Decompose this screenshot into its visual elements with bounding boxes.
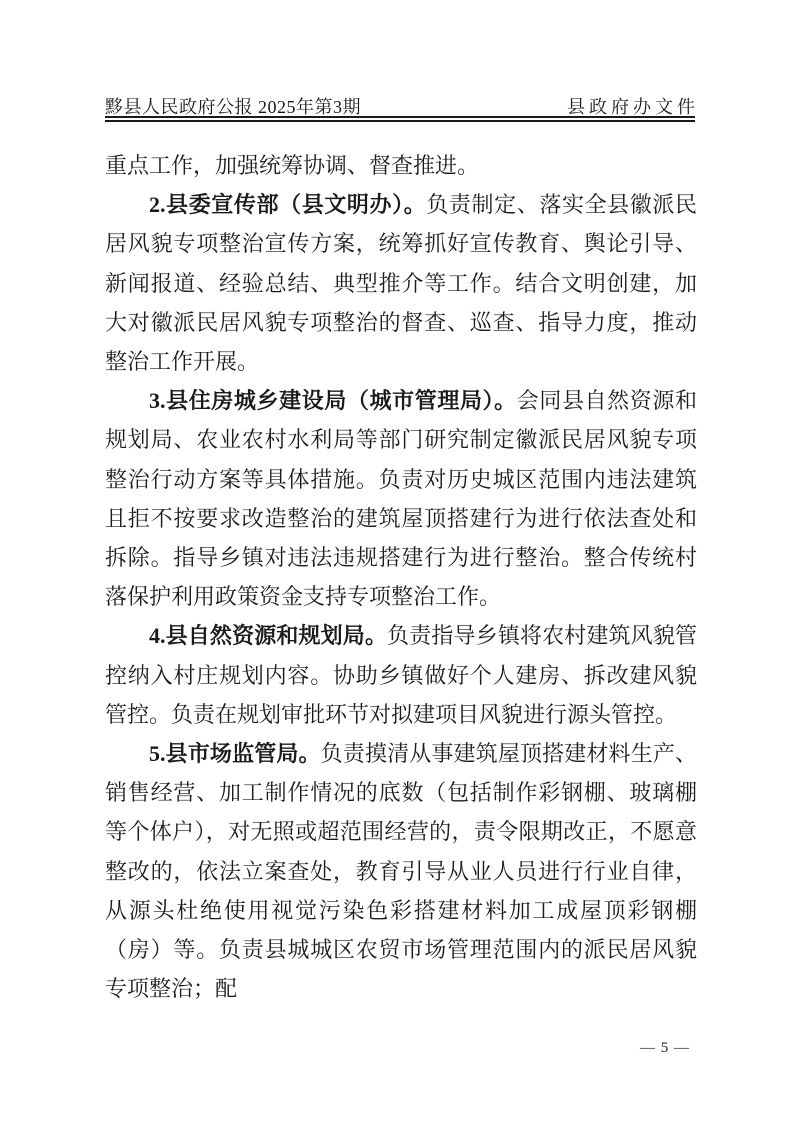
document-body: 重点工作，加强统筹协调、督查推进。 2.县委宣传部（县文明办）。负责制定、落实全… — [105, 146, 697, 1008]
page-number: — 5 — — [640, 1040, 690, 1056]
page-footer: — 5 — — [640, 1040, 690, 1057]
paragraph-lead: 3.县住房城乡建设局（城市管理局）。 — [149, 388, 517, 413]
paragraph-item-2: 2.县委宣传部（县文明办）。负责制定、落实全县徽派民居风貌专项整治宣传方案，统筹… — [105, 185, 697, 381]
paragraph-text: 重点工作，加强统筹协调、督查推进。 — [105, 153, 479, 178]
gazette-page: 黟县人民政府公报 2025年第3期 县政府办文件 重点工作，加强统筹协调、督查推… — [0, 0, 793, 1122]
paragraph-text: 会同县自然资源和规划局、农业农村水利局等部门研究制定徽派民居风貌专项整治行动方案… — [105, 388, 697, 609]
paragraph-text: 负责摸清从事建筑屋顶搭建材料生产、销售经营、加工制作情况的底数（包括制作彩钢棚、… — [105, 741, 697, 1001]
paragraph-item-4: 4.县自然资源和规划局。负责指导乡镇将农村建筑风貌管控纳入村庄规划内容。协助乡镇… — [105, 616, 697, 734]
paragraph-text: 负责制定、落实全县徽派民居风貌专项整治宣传方案，统筹抓好宣传教育、舆论引导、新闻… — [105, 192, 697, 374]
paragraph-continuation: 重点工作，加强统筹协调、督查推进。 — [105, 146, 697, 185]
paragraph-lead: 5.县市场监管局。 — [149, 741, 321, 766]
paragraph-lead: 4.县自然资源和规划局。 — [149, 623, 387, 648]
paragraph-item-3: 3.县住房城乡建设局（城市管理局）。会同县自然资源和规划局、农业农村水利局等部门… — [105, 381, 697, 616]
paragraph-item-5: 5.县市场监管局。负责摸清从事建筑屋顶搭建材料生产、销售经营、加工制作情况的底数… — [105, 734, 697, 1008]
header-double-rule — [105, 116, 695, 122]
paragraph-lead: 2.县委宣传部（县文明办）。 — [149, 192, 426, 217]
